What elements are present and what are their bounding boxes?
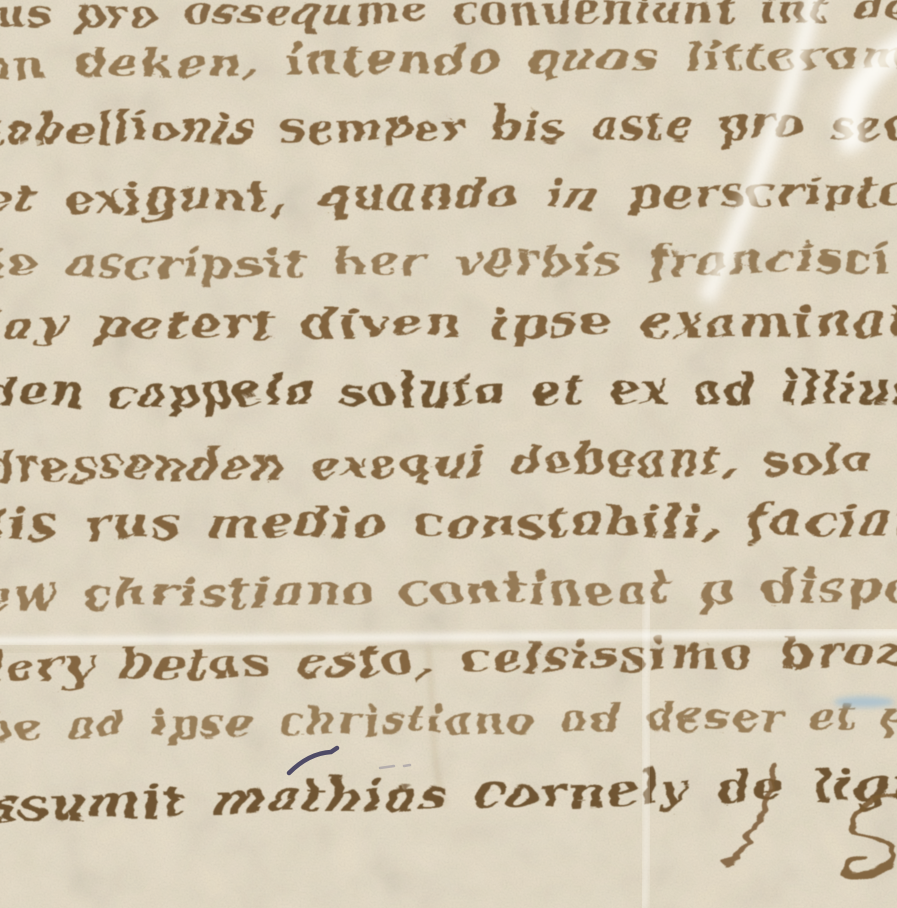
manuscript-canvas: ius pro ossequme conueniunt int de an de… xyxy=(0,0,897,908)
handwriting-line: ie ascripsit her verbis francisci xyxy=(0,231,890,285)
handwriting-line: lis rus medio constabili, faciat xyxy=(0,493,897,548)
blue-smudge xyxy=(834,697,894,708)
handwriting-line: lay petert diven ipse examinat xyxy=(0,293,897,345)
handwriting-line: den cappela soluta et ex ad illius xyxy=(0,360,897,417)
handwriting-line: dressenden exequi debeant, sola xyxy=(0,431,870,490)
handwriting-line: ew christiano contineat p dispo xyxy=(0,559,897,617)
manuscript-photo: ius pro ossequme conueniunt int de an de… xyxy=(0,0,897,908)
fold-crease-vertical xyxy=(644,600,648,908)
handwriting-line: an deken, intendo quos litteram xyxy=(0,27,897,85)
